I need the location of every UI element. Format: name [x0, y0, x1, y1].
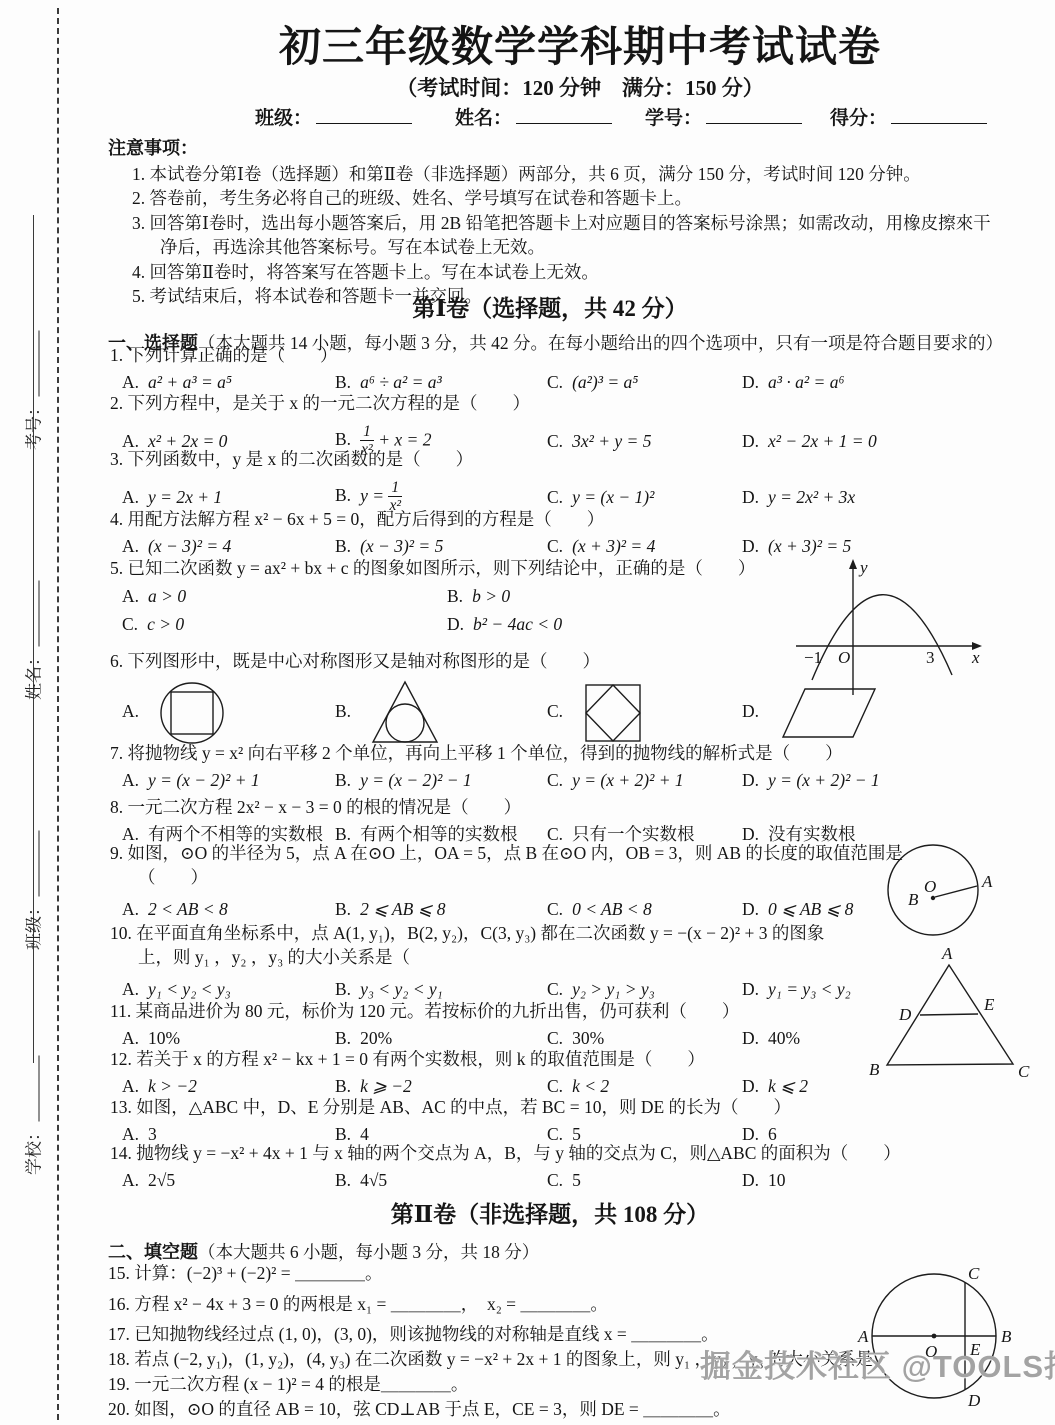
side-field-exam-number: 考号：: [20, 313, 45, 469]
field-name: 姓名：: [455, 103, 612, 130]
option-a: A.2 < AB < 8: [122, 897, 335, 921]
notice-item: 3. 回答第Ⅰ卷时，选出每小题答案后，用 2B 铅笔把答题卡上对应题目的答案标号…: [108, 211, 1000, 260]
option-d: D.10: [742, 1168, 1010, 1192]
question-stem: 8. 一元二次方程 2x² − x − 3 = 0 的根的情况是（ ）: [110, 795, 1010, 819]
question-stem: 7. 将抛物线 y = x² 向右平移 2 个单位，再向上平移 1 个单位，得到…: [110, 741, 1010, 765]
part1-title: 第Ⅰ卷（选择题，共 42 分）: [110, 290, 990, 323]
option-c: C.0 < AB < 8: [547, 897, 742, 921]
option-a: A.(x − 3)² = 4: [122, 534, 335, 558]
question-8: 8. 一元二次方程 2x² − x − 3 = 0 的根的情况是（ ） A.有两…: [110, 795, 1010, 846]
question-19: 19. 一元二次方程 (x − 1)² = 4 的根是＿＿＿＿。: [108, 1371, 468, 1397]
notice-heading: 注意事项：: [108, 136, 1000, 161]
question-20: 20. 如图，⊙O 的直径 AB = 10，弦 CD⊥AB 于点 E，CE = …: [108, 1396, 731, 1422]
option-b: B.: [335, 680, 547, 746]
exam-time-score-subtitle: （考试时间：120 分钟 满分：150 分）: [160, 72, 1000, 102]
svg-text:3: 3: [926, 648, 935, 667]
q5-parabola-figure: y x −1 O 3: [788, 553, 993, 703]
option-c: C.(x + 3)² = 4: [547, 534, 742, 558]
blank-line: [25, 831, 40, 897]
question-16: 16. 方程 x² − 4x + 3 = 0 的两根是 x₁ = ＿＿＿＿， x…: [108, 1291, 608, 1317]
svg-text:C: C: [968, 1264, 980, 1283]
question-stem: 10. 在平面直角坐标系中，点 A(1, y₁)，B(2, y₂)，C(3, y…: [110, 921, 1010, 945]
option-b: B.y₃ < y₂ < y₁: [335, 977, 547, 1001]
q20-circle-figure: A B C D O E: [856, 1262, 1026, 1412]
blank-line: [706, 107, 802, 124]
svg-text:x: x: [971, 648, 980, 667]
side-field-school: 学校：: [20, 1038, 45, 1194]
svg-text:−1: −1: [804, 648, 822, 667]
svg-text:A: A: [981, 872, 993, 891]
field-score: 得分：: [830, 103, 987, 130]
q13-triangle-figure: A B C D E: [855, 945, 1035, 1085]
question-4: 4. 用配方法解方程 x² − 6x + 5 = 0，配方后得到的方程是（ ） …: [110, 507, 1010, 558]
side-field-name: 姓名：: [20, 563, 45, 719]
blank-line: [891, 107, 987, 124]
question-stem: 2. 下列方程中，是关于 x 的一元二次方程的是（ ）: [110, 391, 1010, 415]
watermark: 掘金技术社区 @TOOLS指南: [700, 1341, 1055, 1386]
option-a: A.a > 0: [122, 584, 447, 608]
question-13: 13. 如图，△ABC 中，D、E 分别是 AB、AC 的中点，若 BC = 1…: [110, 1095, 1010, 1146]
option-a: A.: [122, 681, 335, 745]
blank-line: [25, 331, 40, 397]
question-stem: 13. 如图，△ABC 中，D、E 分别是 AB、AC 的中点，若 BC = 1…: [110, 1095, 1010, 1119]
option-b: B.(x − 3)² = 5: [335, 534, 547, 558]
question-15: 15. 计算：(−2)³ + (−2)² = ＿＿＿＿。: [108, 1260, 383, 1286]
question-stem-line2: （ ）: [110, 865, 1010, 889]
blank-line: [25, 581, 40, 647]
section-label: 二、填空题: [108, 1242, 198, 1262]
question-stem: 1. 下列计算正确的是（ ）: [110, 343, 1010, 367]
option-c: C.y₂ > y₁ > y₃: [547, 977, 742, 1001]
notice-item: 4. 回答第Ⅱ卷时，将答案写在答题卡上。写在本试卷上无效。: [108, 260, 1000, 285]
svg-text:E: E: [983, 995, 995, 1014]
option-a: A.y = (x − 2)² + 1: [122, 768, 335, 792]
svg-text:B: B: [908, 890, 919, 909]
svg-text:O: O: [838, 648, 850, 667]
option-a: A.y₁ < y₂ < y₃: [122, 977, 335, 1001]
blank-line: [316, 107, 412, 124]
blank-line: [25, 1056, 40, 1122]
option-a: A.y = 2x + 1: [122, 485, 335, 509]
field-student-id: 学号：: [645, 103, 802, 130]
triangle-inscribed-circle-icon: [370, 680, 440, 746]
option-c: C.y = (x + 2)² + 1: [547, 768, 742, 792]
svg-text:D: D: [967, 1391, 981, 1410]
option-b: B.4√5: [335, 1168, 547, 1192]
option-b: B.y = (x − 2)² − 1: [335, 768, 547, 792]
page-title: 初三年级数学学科期中考试试卷: [160, 14, 1000, 74]
question-stem: 4. 用配方法解方程 x² − 6x + 5 = 0，配方后得到的方程是（ ）: [110, 507, 1010, 531]
svg-text:O: O: [924, 877, 936, 896]
option-c: C.y = (x − 1)²: [547, 485, 742, 509]
svg-text:A: A: [941, 945, 953, 963]
notice-item: 2. 答卷前，考生务必将自己的班级、姓名、学号填写在试卷和答题卡上。: [108, 186, 1000, 211]
question-17: 17. 已知抛物线经过点 (1, 0)，(3, 0)，则该抛物线的对称轴是直线 …: [108, 1321, 719, 1347]
question-1: 1. 下列计算正确的是（ ） A.a² + a³ = a⁵ B.a⁶ ÷ a² …: [110, 343, 1010, 394]
part2-title: 第Ⅱ卷（非选择题，共 108 分）: [110, 1196, 990, 1229]
question-stem: 14. 抛物线 y = −x² + 4x + 1 与 x 轴的两个交点为 A，B…: [110, 1141, 1010, 1165]
blank-line: [516, 107, 612, 124]
question-14: 14. 抛物线 y = −x² + 4x + 1 与 x 轴的两个交点为 A，B…: [110, 1141, 1010, 1192]
field-class: 班级：: [255, 103, 412, 130]
rectangle-inscribed-diamond-icon: [582, 682, 644, 744]
side-field-class: 班级：: [20, 813, 45, 969]
q9-circle-figure: O B A: [878, 835, 1055, 950]
svg-text:D: D: [898, 1005, 912, 1024]
seal-dashed-line: [57, 8, 59, 1420]
option-c: C.: [547, 682, 742, 744]
notice-item: 1. 本试卷分第Ⅰ卷（选择题）和第Ⅱ卷（非选择题）两部分，共 6 页，满分 15…: [108, 162, 1000, 187]
option-d: D.y = (x + 2)² − 1: [742, 768, 1010, 792]
question-stem: 9. 如图，⊙O 的半径为 5，点 A 在⊙O 上，OA = 5，点 B 在⊙O…: [110, 841, 1010, 865]
notice-block: 注意事项： 1. 本试卷分第Ⅰ卷（选择题）和第Ⅱ卷（非选择题）两部分，共 6 页…: [108, 136, 1000, 309]
section-desc: （本大题共 6 小题，每小题 3 分，共 18 分）: [198, 1242, 539, 1262]
option-b: B.2 ⩽ AB ⩽ 8: [335, 897, 547, 921]
option-a: A.2√5: [122, 1168, 335, 1192]
svg-text:C: C: [1018, 1062, 1030, 1081]
svg-text:B: B: [869, 1060, 880, 1079]
question-7: 7. 将抛物线 y = x² 向右平移 2 个单位，再向上平移 1 个单位，得到…: [110, 741, 1010, 792]
circle-inscribed-square-icon: [158, 681, 226, 745]
question-stem: 3. 下列函数中，y 是 x 的二次函数的是（ ）: [110, 447, 1010, 471]
option-d: D.y = 2x² + 3x: [742, 485, 1010, 509]
option-c: C.5: [547, 1168, 742, 1192]
question-9: 9. 如图，⊙O 的半径为 5，点 A 在⊙O 上，OA = 5，点 B 在⊙O…: [110, 841, 1010, 921]
svg-text:y: y: [858, 558, 868, 577]
option-c: C.c > 0: [122, 612, 447, 636]
